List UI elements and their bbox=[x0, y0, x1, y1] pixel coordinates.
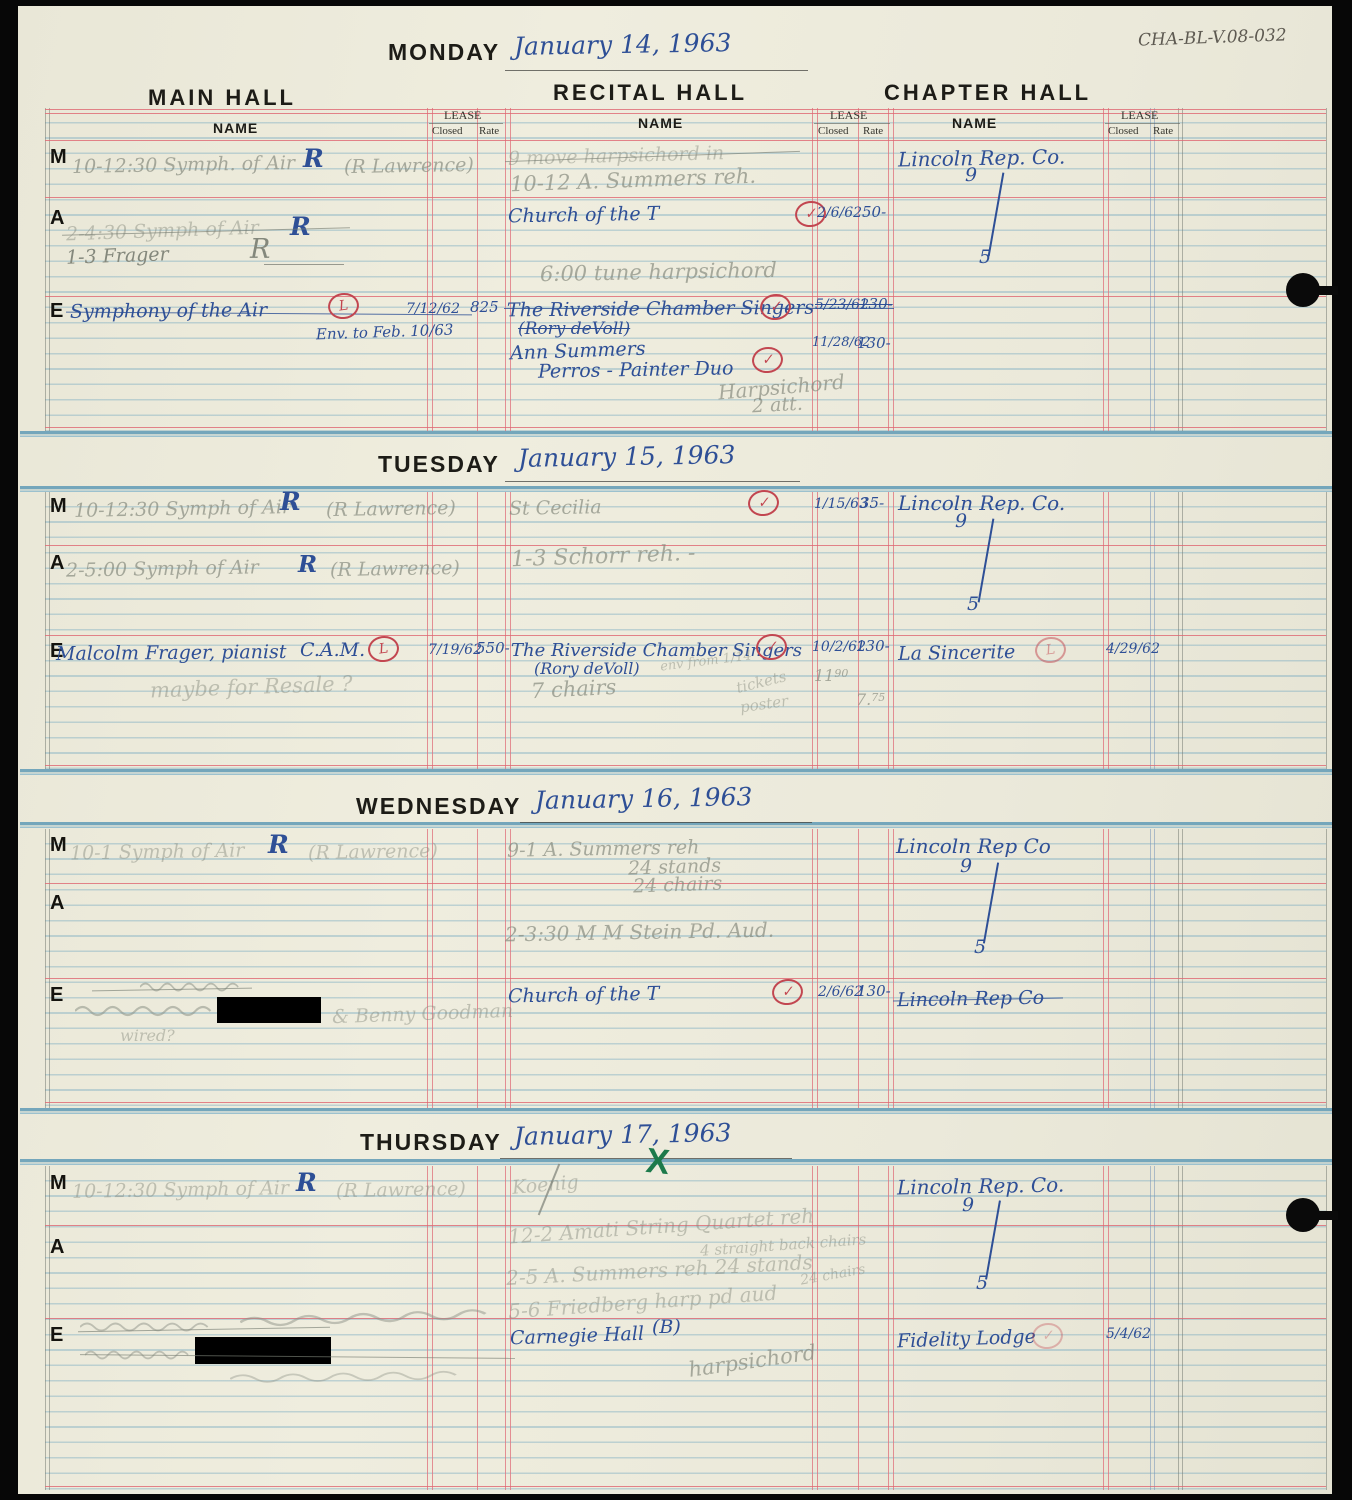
lease-closed-tue-chapter: 4/29/62 bbox=[1106, 642, 1160, 657]
lease-closed-mon-recital-a: 2/6/62 bbox=[817, 206, 862, 221]
lease-rate-mon-recital-e1: 130- bbox=[859, 297, 893, 313]
date-underline-tuesday bbox=[505, 481, 800, 482]
entry-tue-main-afternoon: 2-5:00 Symph of Air bbox=[66, 558, 259, 581]
row-label-wednesday-e: E bbox=[50, 984, 63, 1007]
hall-title-chapter: CHAPTER HALL bbox=[884, 81, 1091, 104]
entry-thu-main-morning-agent: (R Lawrence) bbox=[336, 1180, 466, 1202]
row-label-monday-e: E bbox=[50, 300, 63, 323]
day-title-thursday: THURSDAY bbox=[360, 1130, 502, 1154]
entry-tue-main-morning: 10-12:30 Symph of Air bbox=[74, 498, 291, 522]
entry-mon-recital-devoll-struck: (Rory deVoll) bbox=[518, 321, 630, 339]
ledger-scan: CHA-BL-V.08-032 MONDAY January 14, 1963 … bbox=[0, 0, 1352, 1500]
row-label-thursday-m: M bbox=[50, 1172, 67, 1195]
col-rate-chapter: Rate bbox=[1153, 126, 1173, 138]
entry-tue-recital-chairs: 7 chairs bbox=[530, 676, 616, 702]
entry-thu-main-morning: 10-12:30 Symph of Air bbox=[72, 1179, 289, 1203]
entry-tue-chapter-evening: La Sincerite bbox=[898, 643, 1016, 665]
entry-mon-recital-perros: Perros - Painter Duo bbox=[538, 359, 734, 382]
col-rate-main: Rate bbox=[479, 126, 499, 138]
lease-rate-tue-main: 550- bbox=[476, 641, 510, 657]
hall-title-main: MAIN HALL bbox=[148, 86, 296, 109]
entry-tue-recital-morning: St Cecilia bbox=[509, 498, 602, 520]
day-title-tuesday: TUESDAY bbox=[378, 452, 500, 476]
row-label-tuesday-a: A bbox=[50, 552, 64, 575]
hole-punch-top-stub bbox=[1316, 286, 1338, 295]
entry-mon-main-afternoon-struck-r: R bbox=[290, 214, 311, 240]
note-wed-wired: wired? bbox=[120, 1028, 175, 1045]
green-x-mark: X bbox=[644, 1143, 671, 1182]
row-label-monday-m: M bbox=[50, 146, 67, 169]
hall-title-recital: RECITAL HALL bbox=[553, 81, 747, 104]
entry-mon-main-afternoon2-r: R bbox=[250, 236, 270, 264]
entry-mon-recital-afternoon: Church of the T bbox=[508, 205, 660, 228]
entry-mon-main-morning-r: R bbox=[303, 146, 324, 172]
entry-wed-recital-evening: Church of the T bbox=[508, 985, 660, 1008]
col-name-main: NAME bbox=[213, 121, 258, 136]
col-closed-main: Closed bbox=[432, 126, 463, 138]
lease-closed-mon-main: 7/12/62 bbox=[406, 302, 460, 317]
day-title-monday: MONDAY bbox=[388, 40, 500, 64]
day-date-tuesday: January 15, 1963 bbox=[518, 442, 736, 472]
lease-rate-wed-recital: 130- bbox=[857, 984, 891, 1000]
illegible-scribble-thu-1 bbox=[80, 1320, 210, 1334]
redaction-box-thu bbox=[195, 1337, 331, 1364]
entry-wed-recital-afternoon: 2-3:30 M M Stein Pd. Aud. bbox=[505, 920, 774, 946]
hole-punch-bottom-stub bbox=[1316, 1211, 1338, 1220]
row-label-wednesday-m: M bbox=[50, 834, 67, 857]
lease-rate-mon-main: 825 bbox=[470, 300, 499, 316]
illegible-scribble-wed-1 bbox=[140, 980, 240, 994]
col-name-chapter: NAME bbox=[952, 116, 997, 131]
entry-thu-chapter-tenant: Lincoln Rep. Co. bbox=[897, 1175, 1065, 1199]
amount-tue-1: 1190 bbox=[814, 668, 848, 685]
col-closed-chapter: Closed bbox=[1108, 126, 1139, 138]
lease-divider-recital bbox=[814, 123, 890, 124]
entry-thu-main-morning-r: R bbox=[296, 1170, 317, 1196]
entry-mon-main-afternoon2: 1-3 Frager bbox=[66, 245, 169, 269]
entry-wed-main-morning-r: R bbox=[268, 832, 289, 858]
lease-rate-mon-recital-a: 50- bbox=[862, 205, 886, 221]
lease-closed-tue-main: 7/19/62 bbox=[428, 643, 482, 658]
entry-tue-chapter-tenant: Lincoln Rep. Co. bbox=[898, 493, 1065, 514]
entry-wed-main-morning-agent: (R Lawrence) bbox=[308, 842, 438, 864]
entry-mon-recital-tune: 6:00 tune harpsichord bbox=[540, 259, 777, 285]
entry-wed-chapter-open: 9 bbox=[960, 857, 972, 877]
hole-punch-bottom bbox=[1286, 1198, 1320, 1232]
day-date-thursday: January 17, 1963 bbox=[514, 1120, 732, 1150]
entry-tue-main-evening: Malcolm Frager, pianist bbox=[56, 643, 287, 665]
entry-mon-chapter-open: 9 bbox=[965, 166, 977, 186]
row-label-tuesday-m: M bbox=[50, 495, 67, 518]
lease-rate-tue-recital-m: 35- bbox=[860, 496, 884, 512]
entry-mon-chapter-tenant: Lincoln Rep. Co. bbox=[898, 147, 1066, 171]
redaction-box-wed bbox=[217, 997, 321, 1023]
entry-wed-chapter-close: 5 bbox=[974, 938, 986, 958]
col-lease-recital: LEASE bbox=[830, 109, 867, 122]
entry-thu-chapter-close: 5 bbox=[976, 1274, 988, 1294]
entry-mon-recital-att: 2 att. bbox=[752, 395, 804, 418]
entry-wed-recital-chairs: 24 chairs bbox=[633, 874, 723, 897]
entry-tue-chapter-open: 9 bbox=[955, 512, 967, 532]
col-name-recital: NAME bbox=[638, 116, 683, 131]
lease-rate-tue-recital-e: 130- bbox=[856, 639, 890, 655]
entry-thu-chapter-open: 9 bbox=[962, 1196, 974, 1216]
day-title-wednesday: WEDNESDAY bbox=[356, 794, 521, 818]
row-label-thursday-e: E bbox=[50, 1324, 63, 1347]
date-underline-monday bbox=[505, 70, 808, 71]
row-label-thursday-a: A bbox=[50, 1236, 64, 1259]
day-date-monday: January 14, 1963 bbox=[514, 30, 732, 60]
lease-divider-chapter bbox=[1105, 123, 1180, 124]
entry-tue-main-morning-r: R bbox=[280, 489, 301, 515]
hole-punch-top bbox=[1286, 273, 1320, 307]
lease-rate-mon-recital-e2: 130- bbox=[857, 336, 891, 352]
entry-thu-recital-evening-b: (B) bbox=[652, 1318, 681, 1338]
entry-mon-main-morning: 10-12:30 Symph. of Air bbox=[72, 154, 295, 178]
col-rate-recital: Rate bbox=[863, 126, 883, 138]
row-label-wednesday-a: A bbox=[50, 892, 64, 915]
entry-wed-main-morning: 10-1 Symph of Air bbox=[70, 841, 245, 864]
amount-tue-2: 7.75 bbox=[856, 692, 885, 709]
lease-closed-thu-chapter: 5/4/62 bbox=[1106, 1327, 1151, 1342]
entry-tue-main-afternoon-agent: (R Lawrence) bbox=[330, 559, 460, 581]
col-closed-recital: Closed bbox=[818, 126, 849, 138]
col-lease-main: LEASE bbox=[444, 109, 481, 122]
underline-mon-frager-r bbox=[264, 264, 344, 265]
col-lease-chapter: LEASE bbox=[1121, 109, 1158, 122]
illegible-scribble-wed-2 bbox=[75, 1003, 213, 1019]
entry-tue-main-morning-agent: (R Lawrence) bbox=[326, 499, 456, 521]
day-date-wednesday: January 16, 1963 bbox=[535, 784, 753, 814]
date-underline-wednesday bbox=[520, 822, 812, 823]
entry-mon-main-morning-agent: (R Lawrence) bbox=[344, 156, 474, 178]
row-label-monday-a: A bbox=[50, 207, 64, 230]
entry-tue-main-afternoon-r: R bbox=[298, 553, 317, 577]
entry-tue-main-evening-cam: C.A.M. bbox=[300, 641, 365, 661]
entry-mon-chapter-close: 5 bbox=[979, 248, 991, 268]
entry-tue-chapter-close: 5 bbox=[967, 595, 979, 615]
lease-divider-main bbox=[429, 123, 503, 124]
entry-wed-chapter-tenant: Lincoln Rep Co bbox=[896, 836, 1051, 857]
